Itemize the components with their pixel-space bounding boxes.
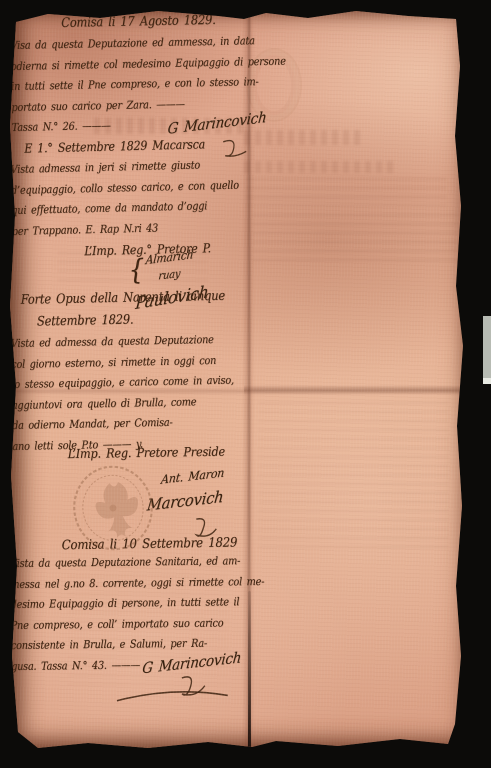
fold-crease-horizontal-right [244,385,470,395]
ink-speck [246,752,257,757]
print-bleedthrough [246,178,446,206]
entry-macarsca-1-settembre: E 1.° Settembre 1829 Macarsca Vista adme… [10,133,240,264]
manuscript-line: Pne compreso, e coll’ importato suo cari… [11,613,231,636]
place-date-line1: Forte Opus della Narenta li cinque [21,286,233,312]
signature: ruay [158,267,181,283]
scanned-document: Comisa li 17 Agosto 1829. Visa da questa… [0,0,491,768]
signature: Marcovich [146,487,224,514]
manuscript-line: messa nel g.no 8. corrente, oggi si rime… [10,572,230,595]
scanner-gap-highlight [483,378,491,384]
print-bleedthrough [252,214,458,262]
entry-comisa-17-agosto: Comisa li 17 Agosto 1829. Visa da questa… [10,9,287,139]
signature: Ant. Maron [161,466,225,487]
entry-comisa-10-settembre: Vista da questa Deputazione Sanitaria, e… [10,551,231,704]
manuscript-line: lo stesso equipaggio, e carico come in a… [11,371,234,396]
fold-split-line [248,591,251,749]
ink-speck [204,754,220,760]
print-bleedthrough [244,161,396,173]
scanner-gap [483,316,491,378]
signature-brace: { [128,253,144,286]
eagle-ink-stamp-icon [64,456,162,559]
manuscript-line: Vista da questa Deputazione Sanitaria, e… [10,551,230,574]
underline-flourish-icon [115,689,230,704]
manuscript-paper: Comisa li 17 Agosto 1829. Visa da questa… [8,6,472,752]
entry-forte-opus-5-settembre: Forte Opus della Narenta li cinque Sette… [10,286,235,457]
print-bleedthrough [258,402,448,552]
manuscript-line: desimo Equipaggio di persone, in tutti s… [10,592,230,615]
officiant-title: L’Imp. Reg. Pretore Preside [68,441,236,466]
